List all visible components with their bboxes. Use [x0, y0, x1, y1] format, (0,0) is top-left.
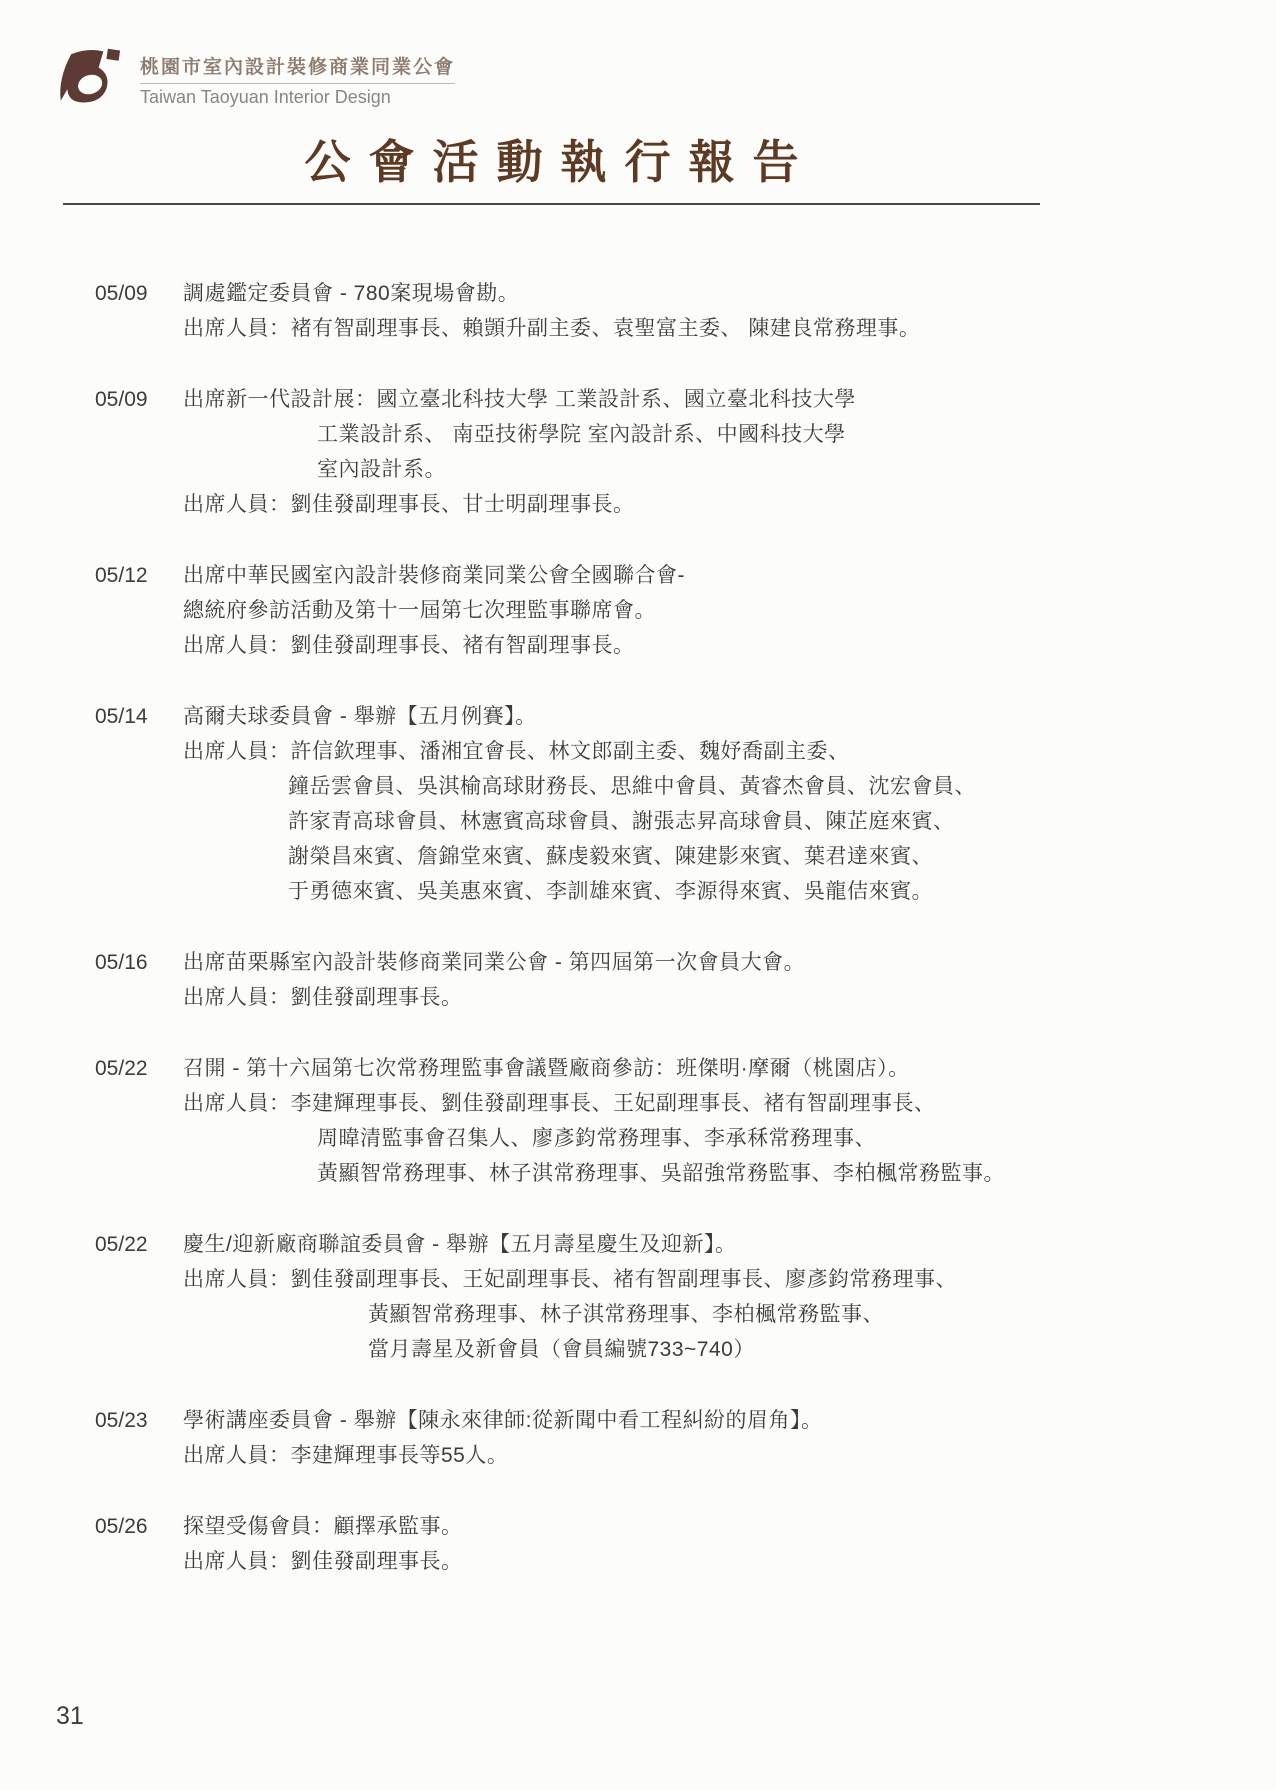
- entry-line: 許家青高球會員、林憲賓高球會員、謝張志昇高球會員、陳芷庭來賓、: [183, 804, 1105, 839]
- entry-line: 學術講座委員會 - 舉辦【陳永來律師:從新聞中看工程糾紛的眉角】。: [183, 1403, 1105, 1438]
- entry-line: 出席人員：劉佳發副理事長、王妃副理事長、褚有智副理事長、廖彥鈞常務理事、: [183, 1262, 1105, 1297]
- entry-line: 黃顯智常務理事、林子淇常務理事、吳韶強常務監事、李柏楓常務監事。: [183, 1156, 1105, 1191]
- entry-line: 于勇德來賓、吳美惠來賓、李訓雄來賓、李源得來賓、吳龍佶來賓。: [183, 874, 1105, 909]
- entry-date: 05/22: [95, 1051, 183, 1191]
- activity-entry: 05/12出席中華民國室內設計裝修商業同業公會全國聯合會-總統府參訪活動及第十一…: [95, 558, 1105, 663]
- entry-description: 召開 - 第十六屆第七次常務理監事會議暨廠商參訪：班傑明·摩爾（桃園店）。出席人…: [183, 1051, 1105, 1191]
- activity-entry: 05/26探望受傷會員：顧擇承監事。出席人員：劉佳發副理事長。: [95, 1509, 1105, 1579]
- org-logo-text: 桃園市室內設計裝修商業同業公會 Taiwan Taoyuan Interior …: [140, 46, 455, 108]
- activity-list: 05/09調處鑑定委員會 - 780案現場會勘。出席人員：褚有智副理事長、賴顗升…: [95, 276, 1105, 1615]
- entry-description: 調處鑑定委員會 - 780案現場會勘。出席人員：褚有智副理事長、賴顗升副主委、袁…: [183, 276, 1105, 346]
- entry-line: 出席人員：李建輝理事長等55人。: [183, 1438, 1105, 1473]
- logo-divider: [140, 83, 455, 84]
- page-title: 公會活動執行報告: [63, 126, 1040, 192]
- entry-line: 周暐清監事會召集人、廖彥鈞常務理事、李承秝常務理事、: [183, 1121, 1105, 1156]
- entry-line: 出席人員：劉佳發副理事長。: [183, 980, 1105, 1015]
- entry-date: 05/09: [95, 276, 183, 346]
- entry-date: 05/26: [95, 1509, 183, 1579]
- org-name-zh: 桃園市室內設計裝修商業同業公會: [140, 52, 455, 79]
- entry-line: 當月壽星及新會員（會員編號733~740）: [183, 1332, 1105, 1367]
- entry-line: 室內設計系。: [183, 452, 1105, 487]
- org-logo: 桃園市室內設計裝修商業同業公會 Taiwan Taoyuan Interior …: [56, 46, 455, 108]
- entry-line: 出席人員：許信欽理事、潘湘宜會長、林文郎副主委、魏妤喬副主委、: [183, 734, 1105, 769]
- activity-entry: 05/22慶生/迎新廠商聯誼委員會 - 舉辦【五月壽星慶生及迎新】。出席人員：劉…: [95, 1227, 1105, 1367]
- entry-line: 出席新一代設計展：國立臺北科技大學 工業設計系、國立臺北科技大學: [183, 382, 1105, 417]
- entry-line: 出席中華民國室內設計裝修商業同業公會全國聯合會-: [183, 558, 1105, 593]
- entry-line: 慶生/迎新廠商聯誼委員會 - 舉辦【五月壽星慶生及迎新】。: [183, 1227, 1105, 1262]
- entry-description: 慶生/迎新廠商聯誼委員會 - 舉辦【五月壽星慶生及迎新】。出席人員：劉佳發副理事…: [183, 1227, 1105, 1367]
- entry-line: 黃顯智常務理事、林子淇常務理事、李柏楓常務監事、: [183, 1297, 1105, 1332]
- activity-entry: 05/23學術講座委員會 - 舉辦【陳永來律師:從新聞中看工程糾紛的眉角】。出席…: [95, 1403, 1105, 1473]
- org-logo-mark-icon: [56, 46, 128, 106]
- activity-entry: 05/09調處鑑定委員會 - 780案現場會勘。出席人員：褚有智副理事長、賴顗升…: [95, 276, 1105, 346]
- activity-entry: 05/14高爾夫球委員會 - 舉辦【五月例賽】。出席人員：許信欽理事、潘湘宜會長…: [95, 699, 1105, 909]
- entry-date: 05/09: [95, 382, 183, 522]
- entry-date: 05/23: [95, 1403, 183, 1473]
- entry-line: 出席人員：劉佳發副理事長、甘士明副理事長。: [183, 487, 1105, 522]
- entry-line: 出席人員：劉佳發副理事長、褚有智副理事長。: [183, 628, 1105, 663]
- entry-description: 探望受傷會員：顧擇承監事。出席人員：劉佳發副理事長。: [183, 1509, 1105, 1579]
- entry-line: 調處鑑定委員會 - 780案現場會勘。: [183, 276, 1105, 311]
- activity-entry: 05/09出席新一代設計展：國立臺北科技大學 工業設計系、國立臺北科技大學工業設…: [95, 382, 1105, 522]
- entry-description: 出席中華民國室內設計裝修商業同業公會全國聯合會-總統府參訪活動及第十一屆第七次理…: [183, 558, 1105, 663]
- entry-line: 工業設計系、 南亞技術學院 室內設計系、中國科技大學: [183, 417, 1105, 452]
- entry-line: 高爾夫球委員會 - 舉辦【五月例賽】。: [183, 699, 1105, 734]
- entry-description: 高爾夫球委員會 - 舉辦【五月例賽】。出席人員：許信欽理事、潘湘宜會長、林文郎副…: [183, 699, 1105, 909]
- entry-description: 出席新一代設計展：國立臺北科技大學 工業設計系、國立臺北科技大學工業設計系、 南…: [183, 382, 1105, 522]
- entry-line: 出席苗栗縣室內設計裝修商業同業公會 - 第四屆第一次會員大會。: [183, 945, 1105, 980]
- activity-entry: 05/22召開 - 第十六屆第七次常務理監事會議暨廠商參訪：班傑明·摩爾（桃園店…: [95, 1051, 1105, 1191]
- title-rule: [63, 203, 1040, 205]
- org-name-en: Taiwan Taoyuan Interior Design: [140, 87, 455, 108]
- entry-line: 出席人員：劉佳發副理事長。: [183, 1544, 1105, 1579]
- entry-line: 鐘岳雲會員、吳淇榆高球財務長、思維中會員、黃睿杰會員、沈宏會員、: [183, 769, 1105, 804]
- entry-line: 出席人員：李建輝理事長、劉佳發副理事長、王妃副理事長、褚有智副理事長、: [183, 1086, 1105, 1121]
- entry-line: 謝榮昌來賓、詹錦堂來賓、蘇虔毅來賓、陳建影來賓、葉君達來賓、: [183, 839, 1105, 874]
- entry-line: 探望受傷會員：顧擇承監事。: [183, 1509, 1105, 1544]
- page-number: 31: [56, 1702, 84, 1731]
- entry-description: 學術講座委員會 - 舉辦【陳永來律師:從新聞中看工程糾紛的眉角】。出席人員：李建…: [183, 1403, 1105, 1473]
- entry-description: 出席苗栗縣室內設計裝修商業同業公會 - 第四屆第一次會員大會。出席人員：劉佳發副…: [183, 945, 1105, 1015]
- entry-date: 05/12: [95, 558, 183, 663]
- entry-date: 05/14: [95, 699, 183, 909]
- activity-entry: 05/16出席苗栗縣室內設計裝修商業同業公會 - 第四屆第一次會員大會。出席人員…: [95, 945, 1105, 1015]
- entry-line: 出席人員：褚有智副理事長、賴顗升副主委、袁聖富主委、 陳建良常務理事。: [183, 311, 1105, 346]
- entry-line: 召開 - 第十六屆第七次常務理監事會議暨廠商參訪：班傑明·摩爾（桃園店）。: [183, 1051, 1105, 1086]
- entry-date: 05/16: [95, 945, 183, 1015]
- entry-line: 總統府參訪活動及第十一屆第七次理監事聯席會。: [183, 593, 1105, 628]
- entry-date: 05/22: [95, 1227, 183, 1367]
